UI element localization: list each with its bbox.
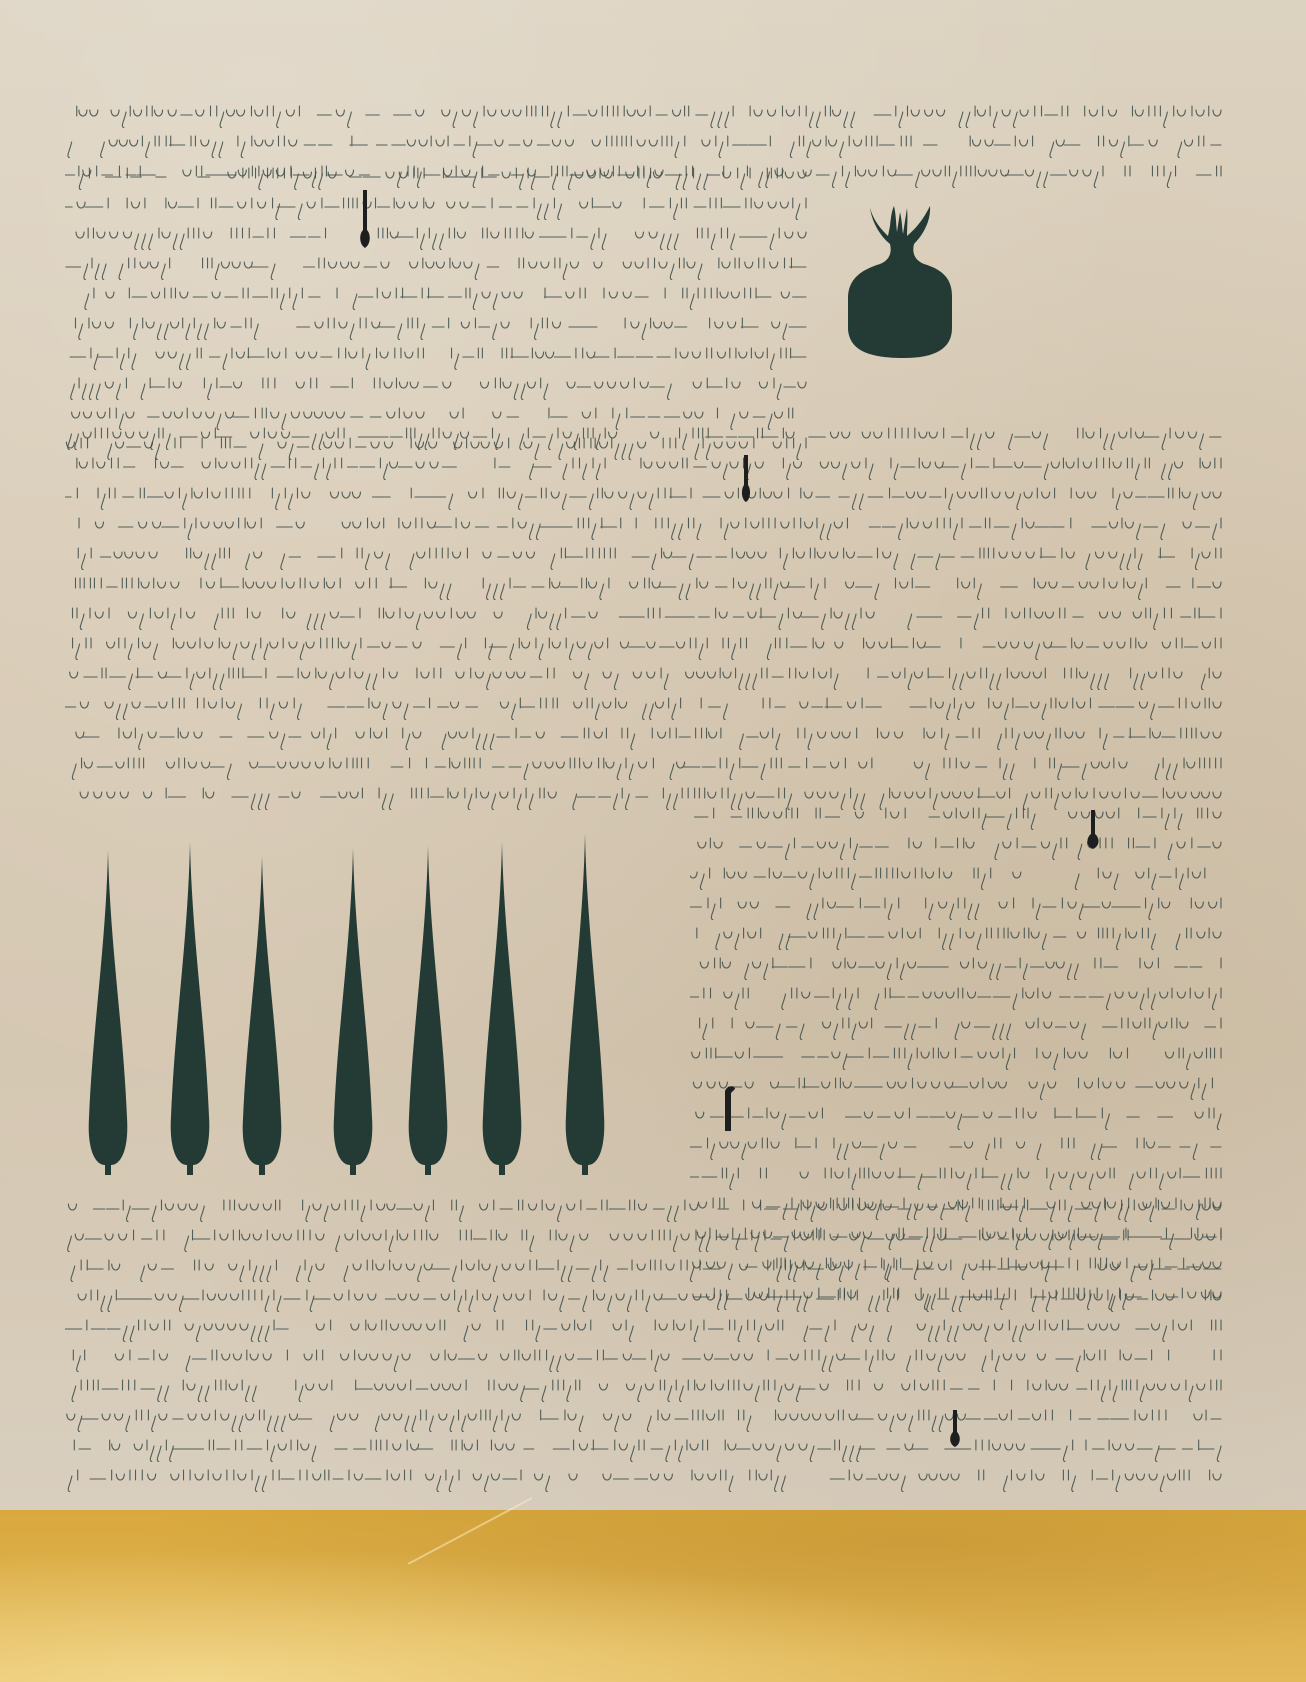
script-line [690,950,1225,980]
cypress-icon [403,846,453,1175]
script-line [690,1040,1225,1070]
text-block-left-column [65,160,810,460]
script-line [65,690,1225,720]
script-line [65,1432,1225,1462]
script-line [690,1010,1225,1040]
script-line [690,1100,1225,1130]
script-line [65,1372,1225,1402]
script-line [65,160,810,190]
script-line [690,890,1225,920]
gold-leaf-band: gold leaf band [0,1510,1306,1682]
script-line [690,800,1225,830]
script-line [690,1130,1225,1160]
script-line [65,310,810,340]
script-line [690,1070,1225,1100]
text-block-bottom [65,1192,1225,1492]
script-line [690,1160,1225,1190]
script-line [65,750,1225,780]
ink-drip-icon [1085,810,1101,850]
cypress-icon [237,856,287,1175]
script-line [65,570,1225,600]
script-line [65,370,810,400]
script-line [65,128,1225,158]
script-line [65,220,810,250]
script-line [65,450,1225,480]
script-line [65,630,1225,660]
text-block-middle [65,420,1225,810]
script-line [65,720,1225,750]
script-line [65,1192,1225,1222]
script-line [65,1222,1225,1252]
script-line [65,480,1225,510]
ink-drip-icon [358,190,372,250]
script-line [65,1312,1225,1342]
ink-drip-icon [721,1085,737,1133]
script-line [65,660,1225,690]
cypress-icon [560,834,610,1175]
script-line [65,340,810,370]
script-line [65,190,810,220]
script-line [65,98,1225,128]
script-line [690,860,1225,890]
pomegranate-icon: pomegranate silhouette [840,200,965,360]
script-line [65,250,810,280]
script-line [65,1462,1225,1492]
script-line [65,540,1225,570]
ink-drip-icon [948,1410,962,1448]
script-line [690,830,1225,860]
script-line [65,1342,1225,1372]
cypress-icon [477,842,527,1175]
cypress-icon [328,848,378,1175]
script-line [65,600,1225,630]
script-line [65,420,1225,450]
cypress-icon [83,850,133,1175]
script-line [690,980,1225,1010]
script-line [65,1282,1225,1312]
script-line [65,280,810,310]
ink-drip-icon [740,455,752,503]
script-line [690,920,1225,950]
script-line [65,1402,1225,1432]
script-line [65,1252,1225,1282]
cypress-icon [165,842,215,1175]
script-line [65,510,1225,540]
